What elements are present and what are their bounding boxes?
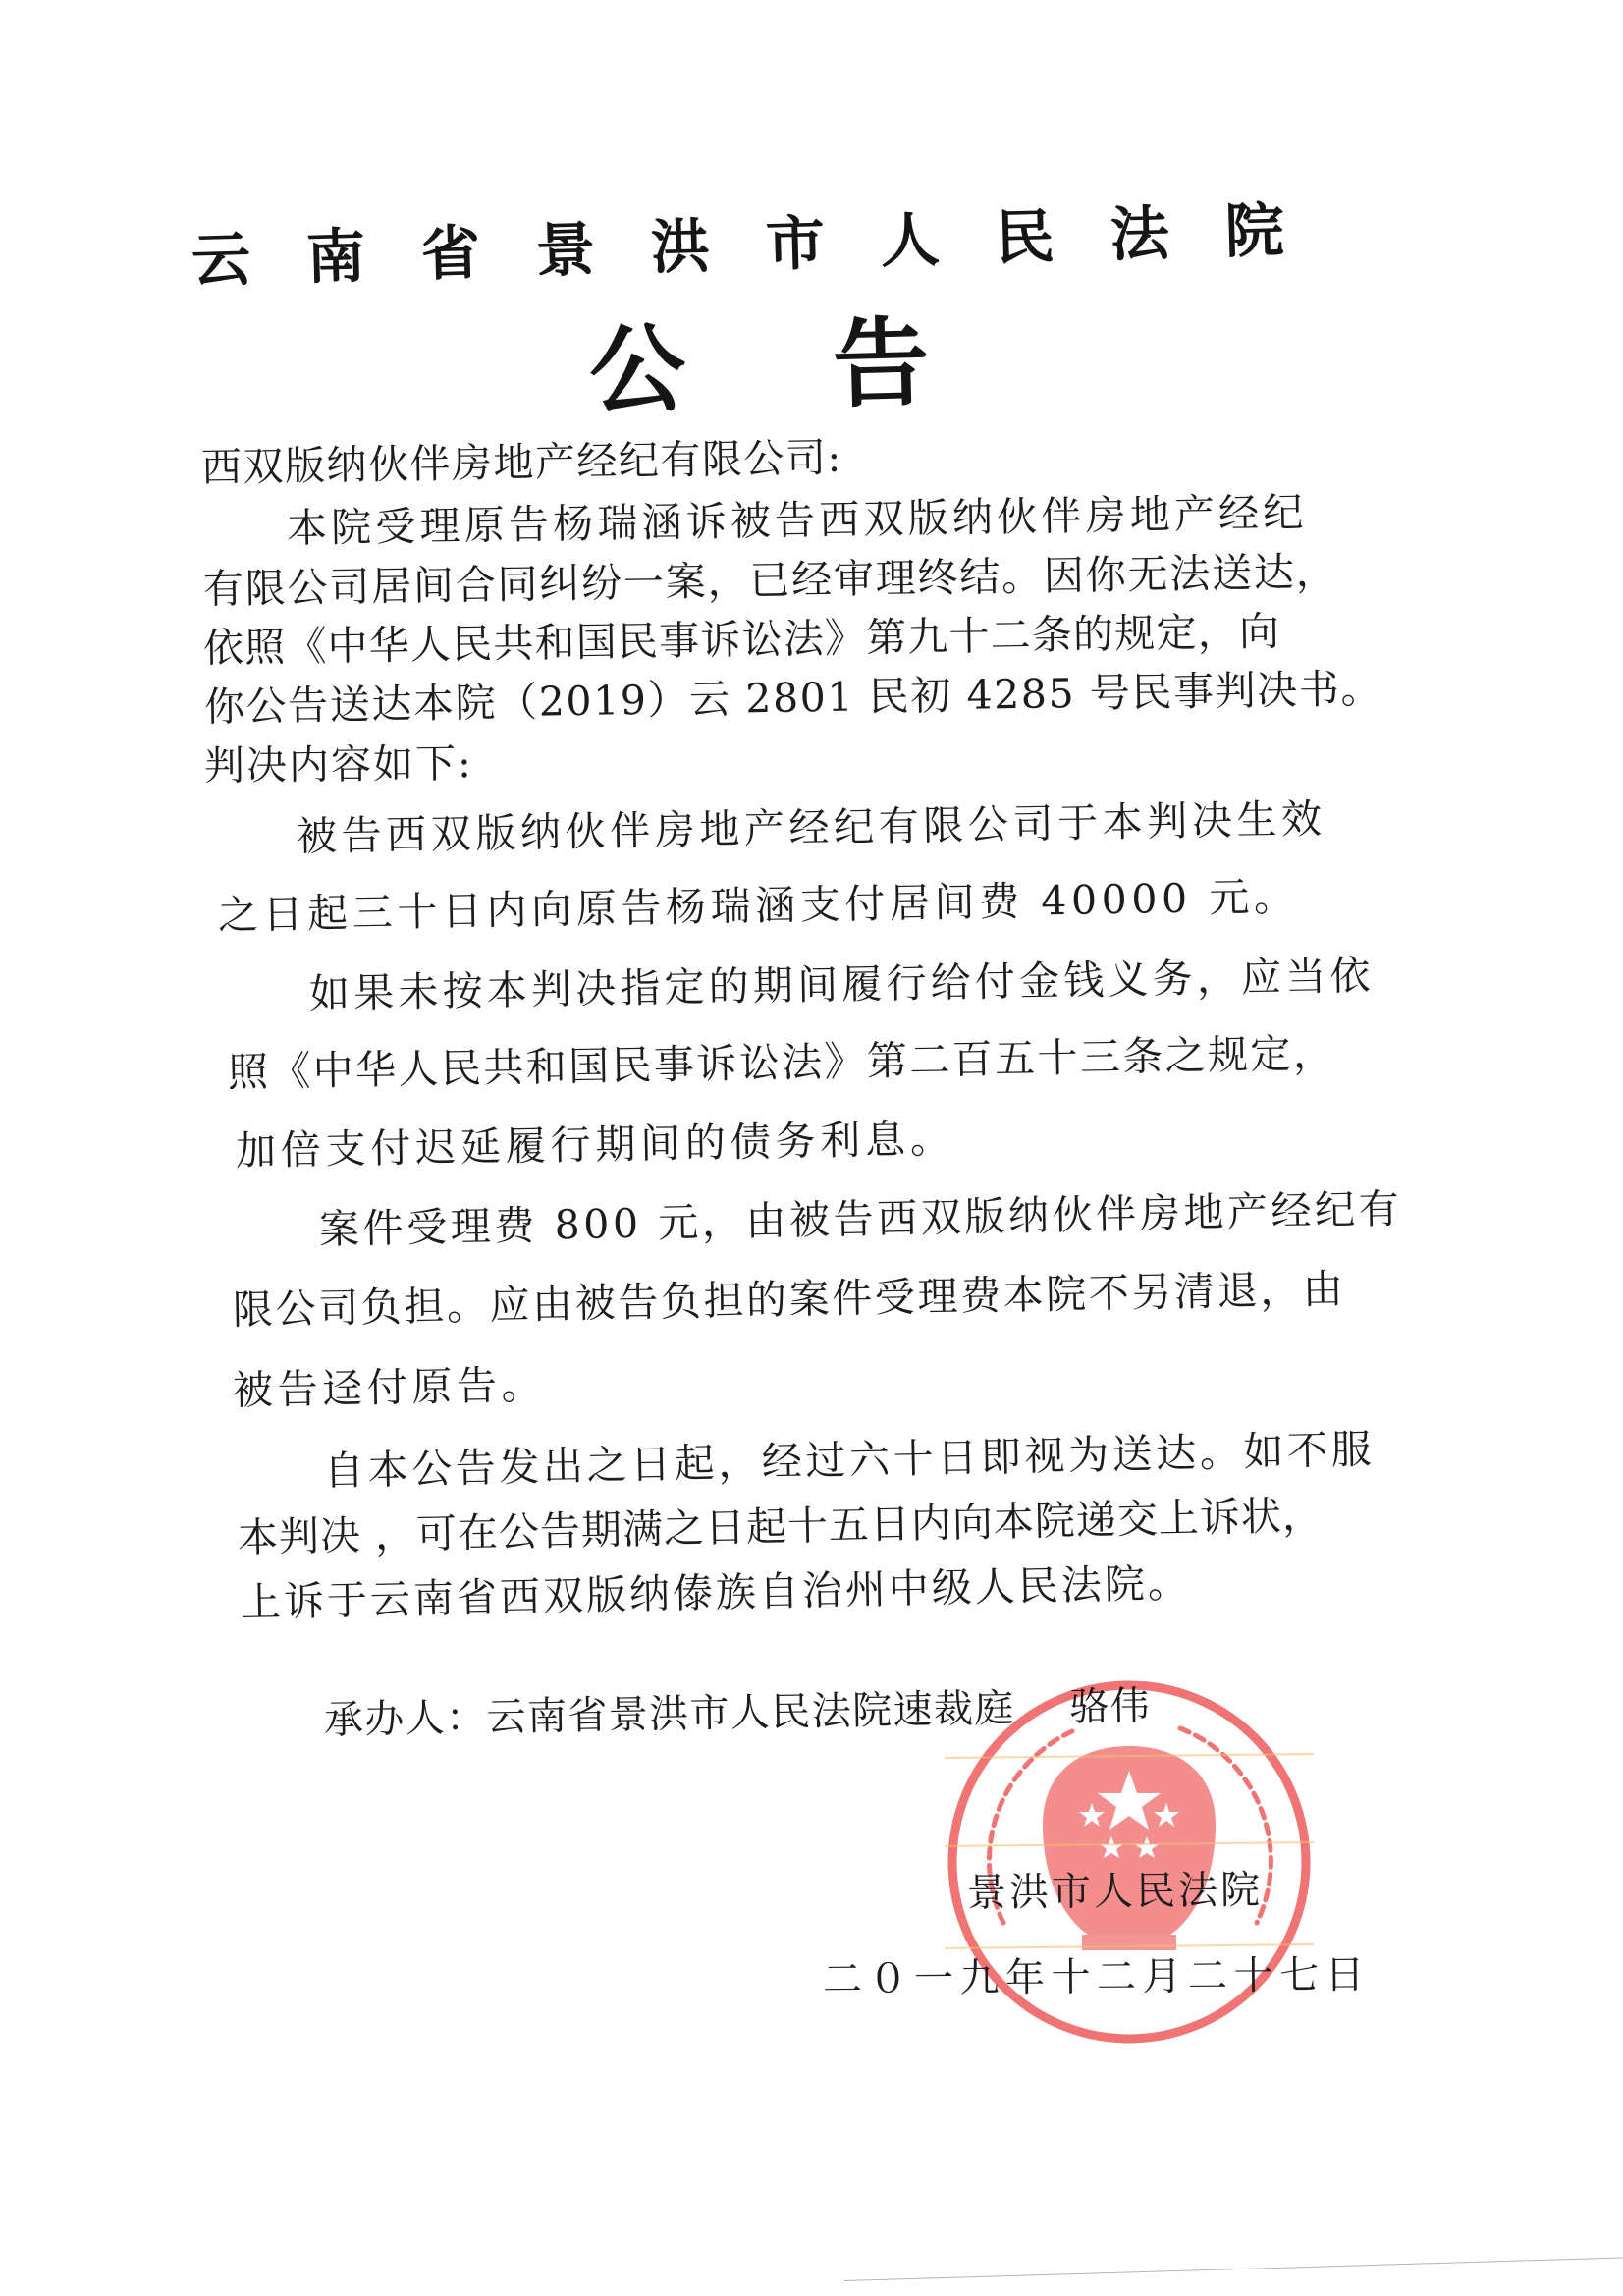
issue-date: 二０一九年十二月二十七日: [823, 1955, 1371, 1999]
court-header: 云南省景洪市人民法院: [190, 183, 1322, 299]
body-line: 之日起三十日内向原告杨瑞涵支付居间费 40000 元。: [218, 877, 1299, 936]
body-line: 加倍支付迟延履行期间的债务利息。: [236, 1119, 955, 1172]
body-line: 依照《中华人民共和国民事诉讼法》第九十二条的规定，向: [203, 612, 1281, 669]
body-line: 上诉于云南省西双版纳傣族自治州中级人民法院。: [241, 1563, 1192, 1623]
body-line: 被告迳付原告。: [233, 1365, 547, 1411]
body-line: 照《中华人民共和国民事诉讼法》第二百五十三条之规定，: [228, 1033, 1336, 1093]
scan-edge-line: [844, 2257, 1623, 2281]
body-line: 限公司负担。应由被告负担的案件受理费本院不另清退，由: [233, 1269, 1346, 1331]
body-line: 本院受理原告杨瑞涵诉被告西双版纳伙伴房地产经纪: [287, 493, 1308, 549]
body-line: 自本公告发出之日起，经过六十日即视为送达。如不服: [324, 1430, 1376, 1492]
body-line: 案件受理费 800 元，由被告西双版纳伙伴房地产经纪有: [319, 1189, 1403, 1250]
body-line: 被告西双版纳伙伴房地产经纪有限公司于本判决生效: [297, 799, 1326, 857]
signature-court: 景洪市人民法院: [967, 1871, 1263, 1913]
body-line: 判决内容如下:: [204, 743, 473, 787]
body-line: 有限公司居间合同纠纷一案，已经审理终结。因你无法送达，: [203, 552, 1338, 610]
body-line: 本判决 ，可在公告期满之日起十五日内向本院递交上诉状，: [238, 1496, 1325, 1558]
notice-title: 公告: [587, 282, 1078, 433]
body-line: 你公告送达本院（2019）云 2801 民初 4285 号民事判决书。: [204, 669, 1383, 728]
body-line: 如果未按本判决指定的期间履行给付金钱义务，应当依: [309, 956, 1375, 1014]
addressee: 西双版纳伙伴房地产经纪有限公司:: [201, 438, 842, 488]
document-page: 云南省景洪市人民法院 公告 西双版纳伙伴房地产经纪有限公司: 本院受理原告杨瑞涵…: [0, 0, 1623, 2296]
